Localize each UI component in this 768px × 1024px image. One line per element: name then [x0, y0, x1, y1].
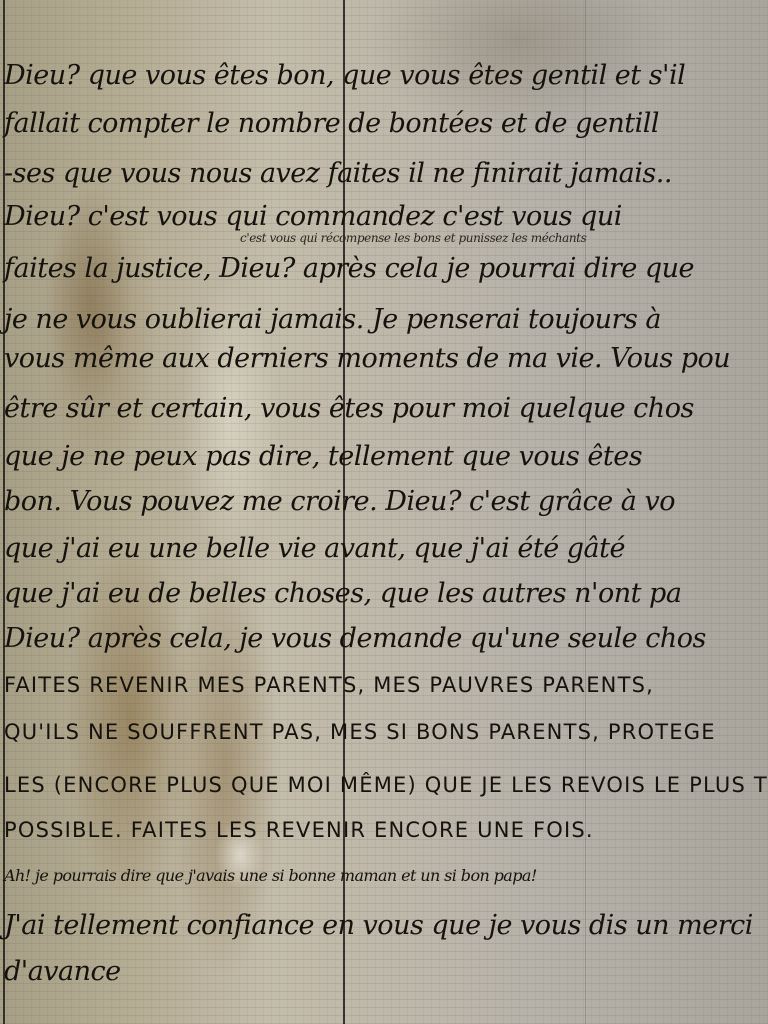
letter-line: vous même aux derniers moments de ma vie… — [4, 345, 730, 372]
letter-line: bon. Vous pouvez me croire. Dieu? c'est … — [4, 488, 675, 515]
letter-line: que je ne peux pas dire, tellement que v… — [4, 443, 642, 470]
letter-line-capitals: FAITES REVENIR MES PARENTS, MES PAUVRES … — [4, 675, 654, 696]
interlinear-note: c'est vous qui récompense les bons et pu… — [240, 232, 586, 244]
letter-line: fallait compter le nombre de bontées et … — [4, 110, 659, 137]
letter-line: -ses que vous nous avez faites il ne fin… — [4, 160, 672, 187]
letter-line: Dieu? c'est vous qui commandez c'est vou… — [4, 203, 622, 230]
letter-line-capitals: LES (encore plus que moi même) QUE JE LE… — [4, 775, 768, 796]
letter-line: Dieu? après cela, je vous demande qu'une… — [4, 625, 706, 652]
letter-line: Dieu? que vous êtes bon, que vous êtes g… — [4, 62, 685, 89]
letter-line: faites la justice, Dieu? après cela je p… — [4, 255, 694, 282]
letter-line: que j'ai eu de belles choses, que les au… — [4, 580, 681, 607]
letter-photograph: Dieu? que vous êtes bon, que vous êtes g… — [0, 0, 768, 1024]
letter-line: je ne vous oublierai jamais. Je penserai… — [4, 306, 661, 333]
letter-line-capitals: POSSIBLE. FAITES LES REVENIR ENCORE UNE … — [4, 820, 594, 841]
letter-line-small: Ah! je pourrais dire que j'avais une si … — [4, 868, 537, 884]
letter-line: que j'ai eu une belle vie avant, que j'a… — [4, 535, 625, 562]
letter-line-capitals: QU'ILS NE SOUFFRENT PAS, MES SI BONS PAR… — [4, 722, 716, 743]
letter-line: être sûr et certain, vous êtes pour moi … — [4, 395, 694, 422]
letter-line: J'ai tellement confiance en vous que je … — [4, 912, 753, 939]
letter-text: Dieu? que vous êtes bon, que vous êtes g… — [0, 0, 768, 1024]
letter-closing: d'avance — [4, 958, 121, 985]
